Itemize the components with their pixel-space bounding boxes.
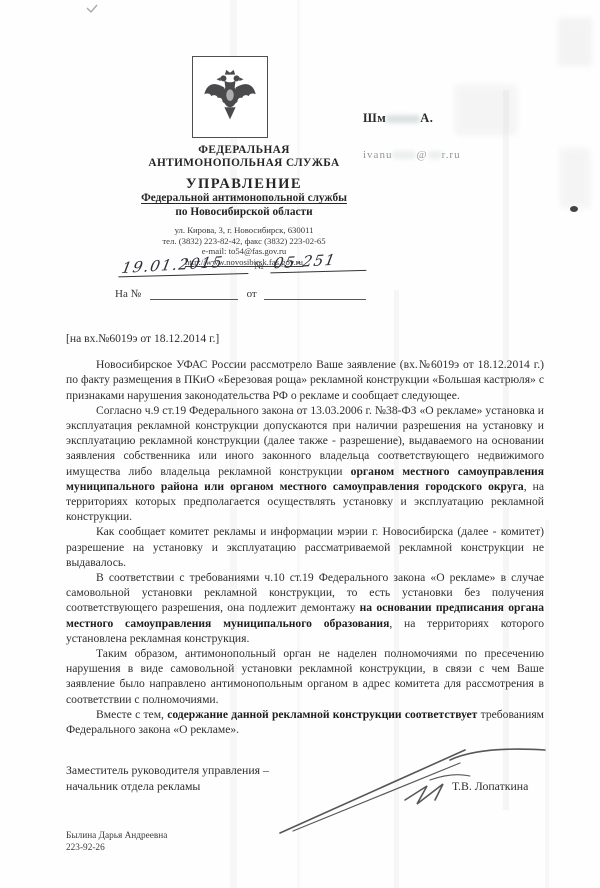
position-line-2: начальник отдела рекламы	[66, 778, 269, 794]
email-at: @	[416, 149, 427, 161]
executor-name: Былина Дарья Андреевна	[66, 831, 167, 843]
scan-blotch	[558, 18, 592, 66]
faded-text	[386, 115, 420, 123]
address-line: ул. Кирова, 3, г. Новосибирск, 630011	[108, 225, 380, 236]
reply-date-blank	[264, 288, 366, 300]
executor-block: Былина Дарья Андреевна 223-92-26	[66, 831, 167, 854]
email-fragment-end: r.ru	[442, 149, 461, 161]
office-title: УПРАВЛЕНИЕ	[108, 176, 380, 192]
scan-blotch	[560, 148, 590, 208]
signer-name: Т.В. Лопаткина	[452, 779, 528, 794]
office-subtitle-2: по Новосибирской области	[108, 206, 380, 220]
faded-text	[392, 151, 416, 159]
paragraph-text: Как сообщает комитет рекламы и информаци…	[66, 525, 544, 568]
email-fragment-start: ivanu	[363, 149, 392, 161]
letter-body: [на вх.№6019э от 18.12.2014 г.] Новосиби…	[66, 331, 544, 737]
na-label: На №	[115, 288, 141, 300]
paragraph-bold-text: содержание данной рекламной конструкции …	[167, 708, 477, 721]
emblem-box	[192, 56, 268, 138]
signoff-position: Заместитель руководителя управления – на…	[66, 762, 269, 794]
letterhead: ФЕДЕРАЛЬНАЯ АНТИМОНОПОЛЬНАЯ СЛУЖБА УПРАВ…	[108, 56, 380, 267]
paragraph: Таким образом, антимонопольный орган не …	[66, 646, 544, 707]
recipient-surname-fragment: Шм	[363, 111, 386, 125]
paragraph-text: Новосибирское УФАС России рассмотрело Ва…	[66, 358, 544, 401]
executor-phone: 223-92-26	[66, 843, 167, 855]
number-sign: №	[254, 261, 264, 274]
ot-label: от	[247, 288, 257, 300]
org-name-line1: ФЕДЕРАЛЬНАЯ	[108, 144, 380, 157]
outgoing-date-slot: 19.01.2015	[118, 249, 249, 277]
paragraph: Согласно ч.9 ст.19 Федерального закона о…	[66, 403, 544, 525]
incoming-reference: [на вх.№6019э от 18.12.2014 г.]	[66, 331, 544, 346]
paragraph: Вместе с тем, содержание данной рекламно…	[66, 707, 544, 737]
reply-reference-row: На № от	[115, 288, 366, 300]
faded-text	[428, 151, 442, 159]
recipient-block: ШмА. ivanu@r.ru	[363, 111, 563, 161]
paragraph: Новосибирское УФАС России рассмотрело Ва…	[66, 357, 544, 403]
coat-of-arms-icon	[202, 66, 258, 128]
outgoing-number-slot: 05-251	[269, 246, 366, 274]
recipient-email: ivanu@r.ru	[363, 149, 563, 161]
handwritten-date: 19.01.2015	[120, 253, 225, 277]
recipient-name: ШмА.	[363, 111, 563, 126]
outgoing-number-row: 19.01.2015 № 05-251	[118, 243, 379, 278]
ink-dot	[570, 206, 578, 212]
paragraph: Как сообщает комитет рекламы и информаци…	[66, 524, 544, 570]
scan-streak	[545, 520, 549, 888]
paragraph: В соответствии с требованиями ч.10 ст.19…	[66, 570, 544, 646]
scan-mark	[86, 4, 98, 14]
office-subtitle-1: Федеральной антимонопольной службы	[108, 192, 380, 206]
position-line-1: Заместитель руководителя управления –	[66, 762, 269, 778]
org-name-line2: АНТИМОНОПОЛЬНАЯ СЛУЖБА	[108, 157, 380, 170]
paragraph-text: Таким образом, антимонопольный орган не …	[66, 647, 544, 706]
reply-number-blank	[150, 288, 238, 300]
handwritten-number: 05-251	[272, 251, 338, 273]
recipient-initial: А.	[420, 111, 433, 125]
paragraph-text: Вместе с тем,	[96, 708, 167, 721]
